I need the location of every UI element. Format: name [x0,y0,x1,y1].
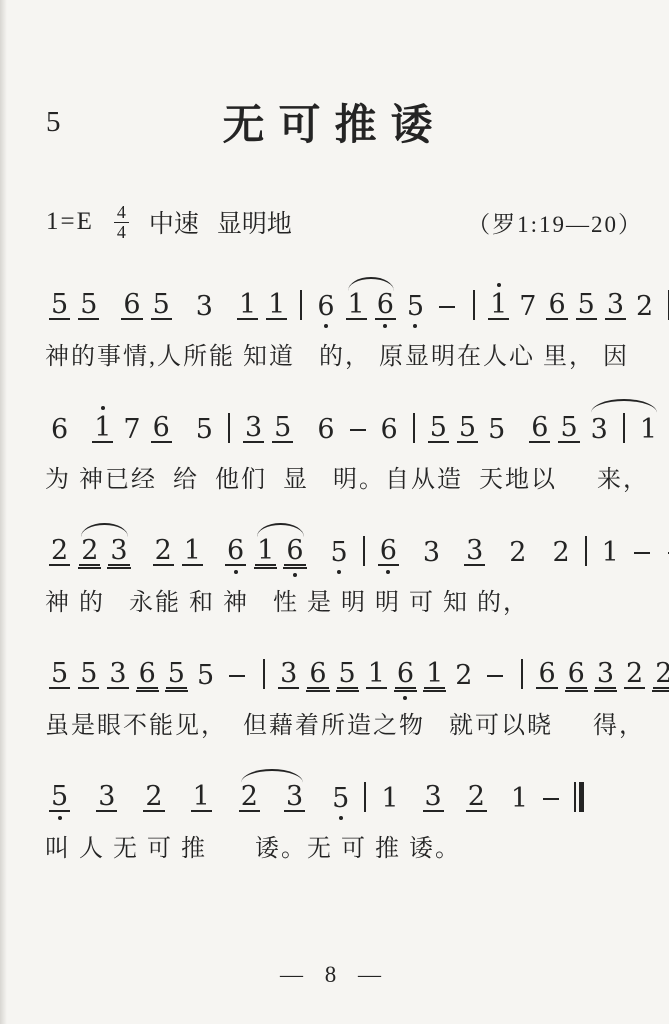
jianpu-note: 3 [108,537,129,566]
jianpu-note: 6 [379,416,400,443]
low-octave-dot [386,570,390,574]
jianpu-note: 3 [107,660,128,689]
jianpu-note: 2 [550,539,571,566]
low-octave-dot [337,570,341,574]
barline [228,413,230,443]
slur-group: 16 [250,537,310,566]
jianpu-note: 1 [424,660,445,689]
score: 55653116165176532235神的事情,人所能 知道 的， 原显明在人… [45,272,647,887]
jianpu-note: 5 [195,662,216,689]
jianpu-note: 3 [284,783,305,812]
jianpu-note: 5 [166,660,187,689]
lyrics-line: 虽是眼不能见， 但藉着所造之物 就可以晓 得， [45,705,647,740]
jianpu-note: 5 [337,660,358,689]
jianpu-note: 3 [423,783,444,812]
jianpu-note: 6 [315,293,336,320]
jianpu-note: 6 [566,660,587,689]
jianpu-note: 1 [600,539,621,566]
low-octave-dot [58,816,62,820]
jianpu-note: 3 [464,537,485,566]
jianpu-note: 3 [605,291,626,320]
jianpu-note: 2 [239,783,260,812]
music-system: 223216165633221神 的 永能 和 神 性 是 明 明 可 知 的， [45,518,647,617]
slur-group: 16 [341,291,401,320]
jianpu-note: 3 [278,660,299,689]
barline [413,413,415,443]
jianpu-note: 1 [237,291,258,320]
jianpu-note: 6 [49,416,70,443]
key-tempo-group: 1=E 4 4 中速 显明地 [46,203,292,242]
jianpu-note: 1 [255,537,276,566]
time-signature-denominator: 4 [114,223,129,242]
low-octave-dot [413,324,417,328]
barline [300,290,302,320]
duration-dash [439,306,455,309]
jianpu-note: 5 [272,414,293,443]
page-title: 无可推诿 [0,92,669,152]
duration-dash [350,429,366,432]
jianpu-note: 6 [151,414,172,443]
jianpu-note: 6 [536,660,557,689]
jianpu-note: 2 [153,537,174,566]
jianpu-note: 5 [329,539,350,566]
jianpu-note: 2 [507,539,528,566]
jianpu-note: 1 [379,785,400,812]
jianpu-note: 5 [428,414,449,443]
duration-dash [487,675,503,678]
music-system: 55653116165176532235神的事情,人所能 知道 的， 原显明在人… [45,272,647,371]
title-bar: 5 无可推诿 [0,92,669,152]
jianpu-note: 2 [624,660,645,689]
lyrics-line: 神的事情,人所能 知道 的， 原显明在人心 里， 因 [45,336,647,371]
duration-dash [634,552,650,555]
jianpu-note: 6 [375,291,396,320]
barline [363,536,365,566]
jianpu-note: 2 [653,660,669,689]
slur-group: 23 [234,783,310,812]
low-octave-dot [324,324,328,328]
barline [623,413,625,443]
jianpu-note: 5 [576,291,597,320]
time-signature: 4 4 [114,203,129,242]
low-octave-dot [293,573,297,577]
jianpu-note: 3 [243,414,264,443]
final-barline [574,782,584,812]
duration-dash [543,798,559,801]
jianpu-note: 6 [395,660,416,689]
tempo-marking: 中速 [149,204,199,240]
jianpu-note: 3 [421,539,442,566]
low-octave-dot [383,324,387,328]
song-number: 5 [46,106,61,139]
notation-line: 53212351321 [45,764,647,814]
low-octave-dot [234,570,238,574]
low-octave-dot [339,816,343,820]
lyrics-line: 为 神已经 给 他们 显 明。自从造 天地以 来， [45,459,647,494]
jianpu-note: 5 [405,293,426,320]
jianpu-note: 5 [486,416,507,443]
jianpu-note: 6 [225,537,246,566]
jianpu-note: 2 [143,783,164,812]
page-number: — 8 — [0,962,669,988]
meta-row: 1=E 4 4 中速 显明地 （罗1:19—20） [46,203,643,242]
jianpu-note: 6 [307,660,328,689]
jianpu-note: 5 [78,291,99,320]
scripture-reference: （罗1:19—20） [467,206,643,239]
barline [585,536,587,566]
notation-line: 223216165633221 [45,518,647,568]
jianpu-note: 1 [182,537,203,566]
jianpu-note: 1 [191,783,212,812]
jianpu-note: 3 [589,416,610,443]
music-system: 55365536516126632235虽是眼不能见， 但藉着所造之物 就可以晓… [45,641,647,740]
jianpu-note: 2 [49,537,70,566]
barline [364,782,366,812]
lyrics-line: 神 的 永能 和 神 性 是 明 明 可 知 的， [45,582,647,617]
jianpu-note: 5 [49,783,70,812]
barline [263,659,265,689]
notation-line: 55653116165176532235 [45,272,647,322]
sheet-music-page: 5 无可推诿 1=E 4 4 中速 显明地 （罗1:19—20） 5565311… [0,0,669,1024]
low-octave-dot [403,696,407,700]
jianpu-note: 1 [509,785,530,812]
jianpu-note: 6 [284,537,305,566]
jianpu-note: 6 [529,414,550,443]
jianpu-note: 1 [366,660,387,689]
slur-group: 23 [74,537,134,566]
slur-group: 31 [584,413,664,443]
notation-line: 61765356655565315 [45,395,647,445]
jianpu-note: 5 [49,660,70,689]
jianpu-note: 7 [517,293,538,320]
jianpu-note: 7 [121,416,142,443]
key-signature: 1=E [46,208,94,236]
notation-line: 55365536516126632235 [45,641,647,691]
expression-marking: 显明地 [217,204,292,240]
jianpu-note: 6 [546,291,567,320]
jianpu-note: 2 [79,537,100,566]
jianpu-note: 1 [266,291,287,320]
jianpu-note: 2 [466,783,487,812]
jianpu-note: 6 [378,537,399,566]
jianpu-note: 5 [151,291,172,320]
jianpu-note: 3 [96,783,117,812]
jianpu-note: 6 [121,291,142,320]
jianpu-note: 5 [457,414,478,443]
jianpu-note: 1 [346,291,367,320]
barline [473,290,475,320]
time-signature-numerator: 4 [114,203,129,223]
barline [521,659,523,689]
music-system: 61765356655565315为 神已经 给 他们 显 明。自从造 天地以 … [45,395,647,494]
jianpu-note: 5 [194,416,215,443]
duration-dash [229,675,245,678]
jianpu-note: 1 [638,416,659,443]
jianpu-note: 2 [453,662,474,689]
jianpu-note: 3 [194,293,215,320]
jianpu-note: 5 [49,291,70,320]
jianpu-note: 1 [92,414,113,443]
music-system: 53212351321叫 人 无 可 推 诿。无 可 推 诿。 [45,764,647,863]
jianpu-note: 5 [78,660,99,689]
jianpu-note: 5 [330,785,351,812]
jianpu-note: 1 [488,291,509,320]
jianpu-note: 2 [634,293,655,320]
jianpu-note: 6 [137,660,158,689]
jianpu-note: 3 [595,660,616,689]
jianpu-note: 5 [558,414,579,443]
lyrics-line: 叫 人 无 可 推 诿。无 可 推 诿。 [45,828,647,863]
jianpu-note: 6 [315,416,336,443]
